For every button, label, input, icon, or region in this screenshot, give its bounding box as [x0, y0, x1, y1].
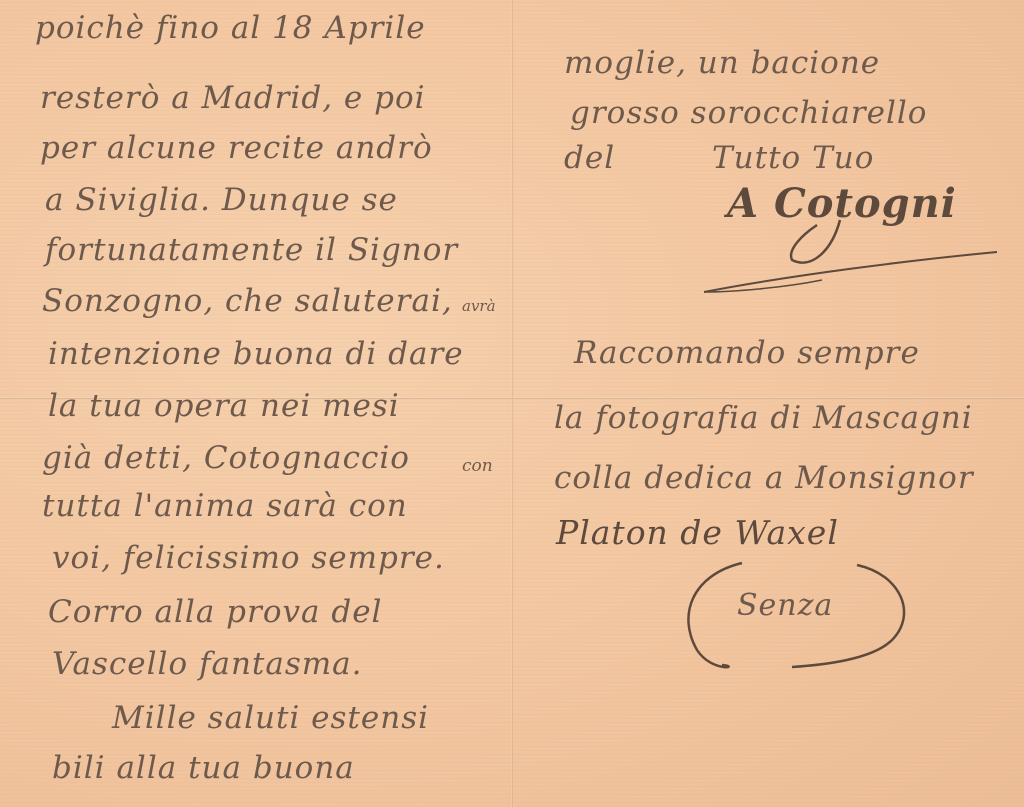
right-line-3: del [564, 140, 615, 176]
left-insert-con: con [462, 456, 493, 476]
left-line-8: la tua opera nei mesi [48, 388, 400, 424]
ps-line-2: la fotografia di Mascagni [554, 400, 973, 436]
right-line-1: moglie, un bacione [564, 45, 880, 81]
left-line-15: bili alla tua buona [52, 750, 355, 786]
left-line-5: fortunatamente il Signor [45, 232, 458, 268]
left-line-6: Sonzogno, che saluterai, [42, 283, 453, 319]
right-line-closing: Tutto Tuo [712, 140, 874, 176]
ps-line-4: Platon de Waxel [556, 513, 839, 552]
left-line-7: intenzione buona di dare [48, 336, 464, 372]
left-line-2: resterò a Madrid, e poi [40, 80, 426, 116]
left-line-11: voi, felicissimo sempre. [52, 540, 445, 576]
right-page: moglie, un bacione grosso sorocchiarello… [512, 0, 1024, 807]
signature-flourish [692, 180, 1012, 300]
left-page: poichè fino al 18 Aprile resterò a Madri… [0, 0, 512, 807]
left-line-4: a Siviglia. Dunque se [45, 182, 398, 218]
ps-line-1: Raccomando sempre [574, 335, 920, 371]
left-line-13: Vascello fantasma. [52, 646, 363, 682]
left-insert-avra: avrà [462, 297, 496, 315]
circled-note: Senza [737, 588, 833, 623]
left-line-14: Mille saluti estensi [112, 700, 429, 736]
right-line-2: grosso sorocchiarello [570, 95, 927, 131]
left-line-10: tutta l'anima sarà con [42, 488, 408, 524]
left-line-3: per alcune recite andrò [40, 130, 433, 166]
left-line-9: già detti, Cotognaccio [42, 440, 410, 476]
left-line-12: Corro alla prova del [48, 594, 382, 630]
ps-line-3: colla dedica a Monsignor [554, 460, 974, 496]
left-line-1: poichè fino al 18 Aprile [35, 10, 426, 46]
